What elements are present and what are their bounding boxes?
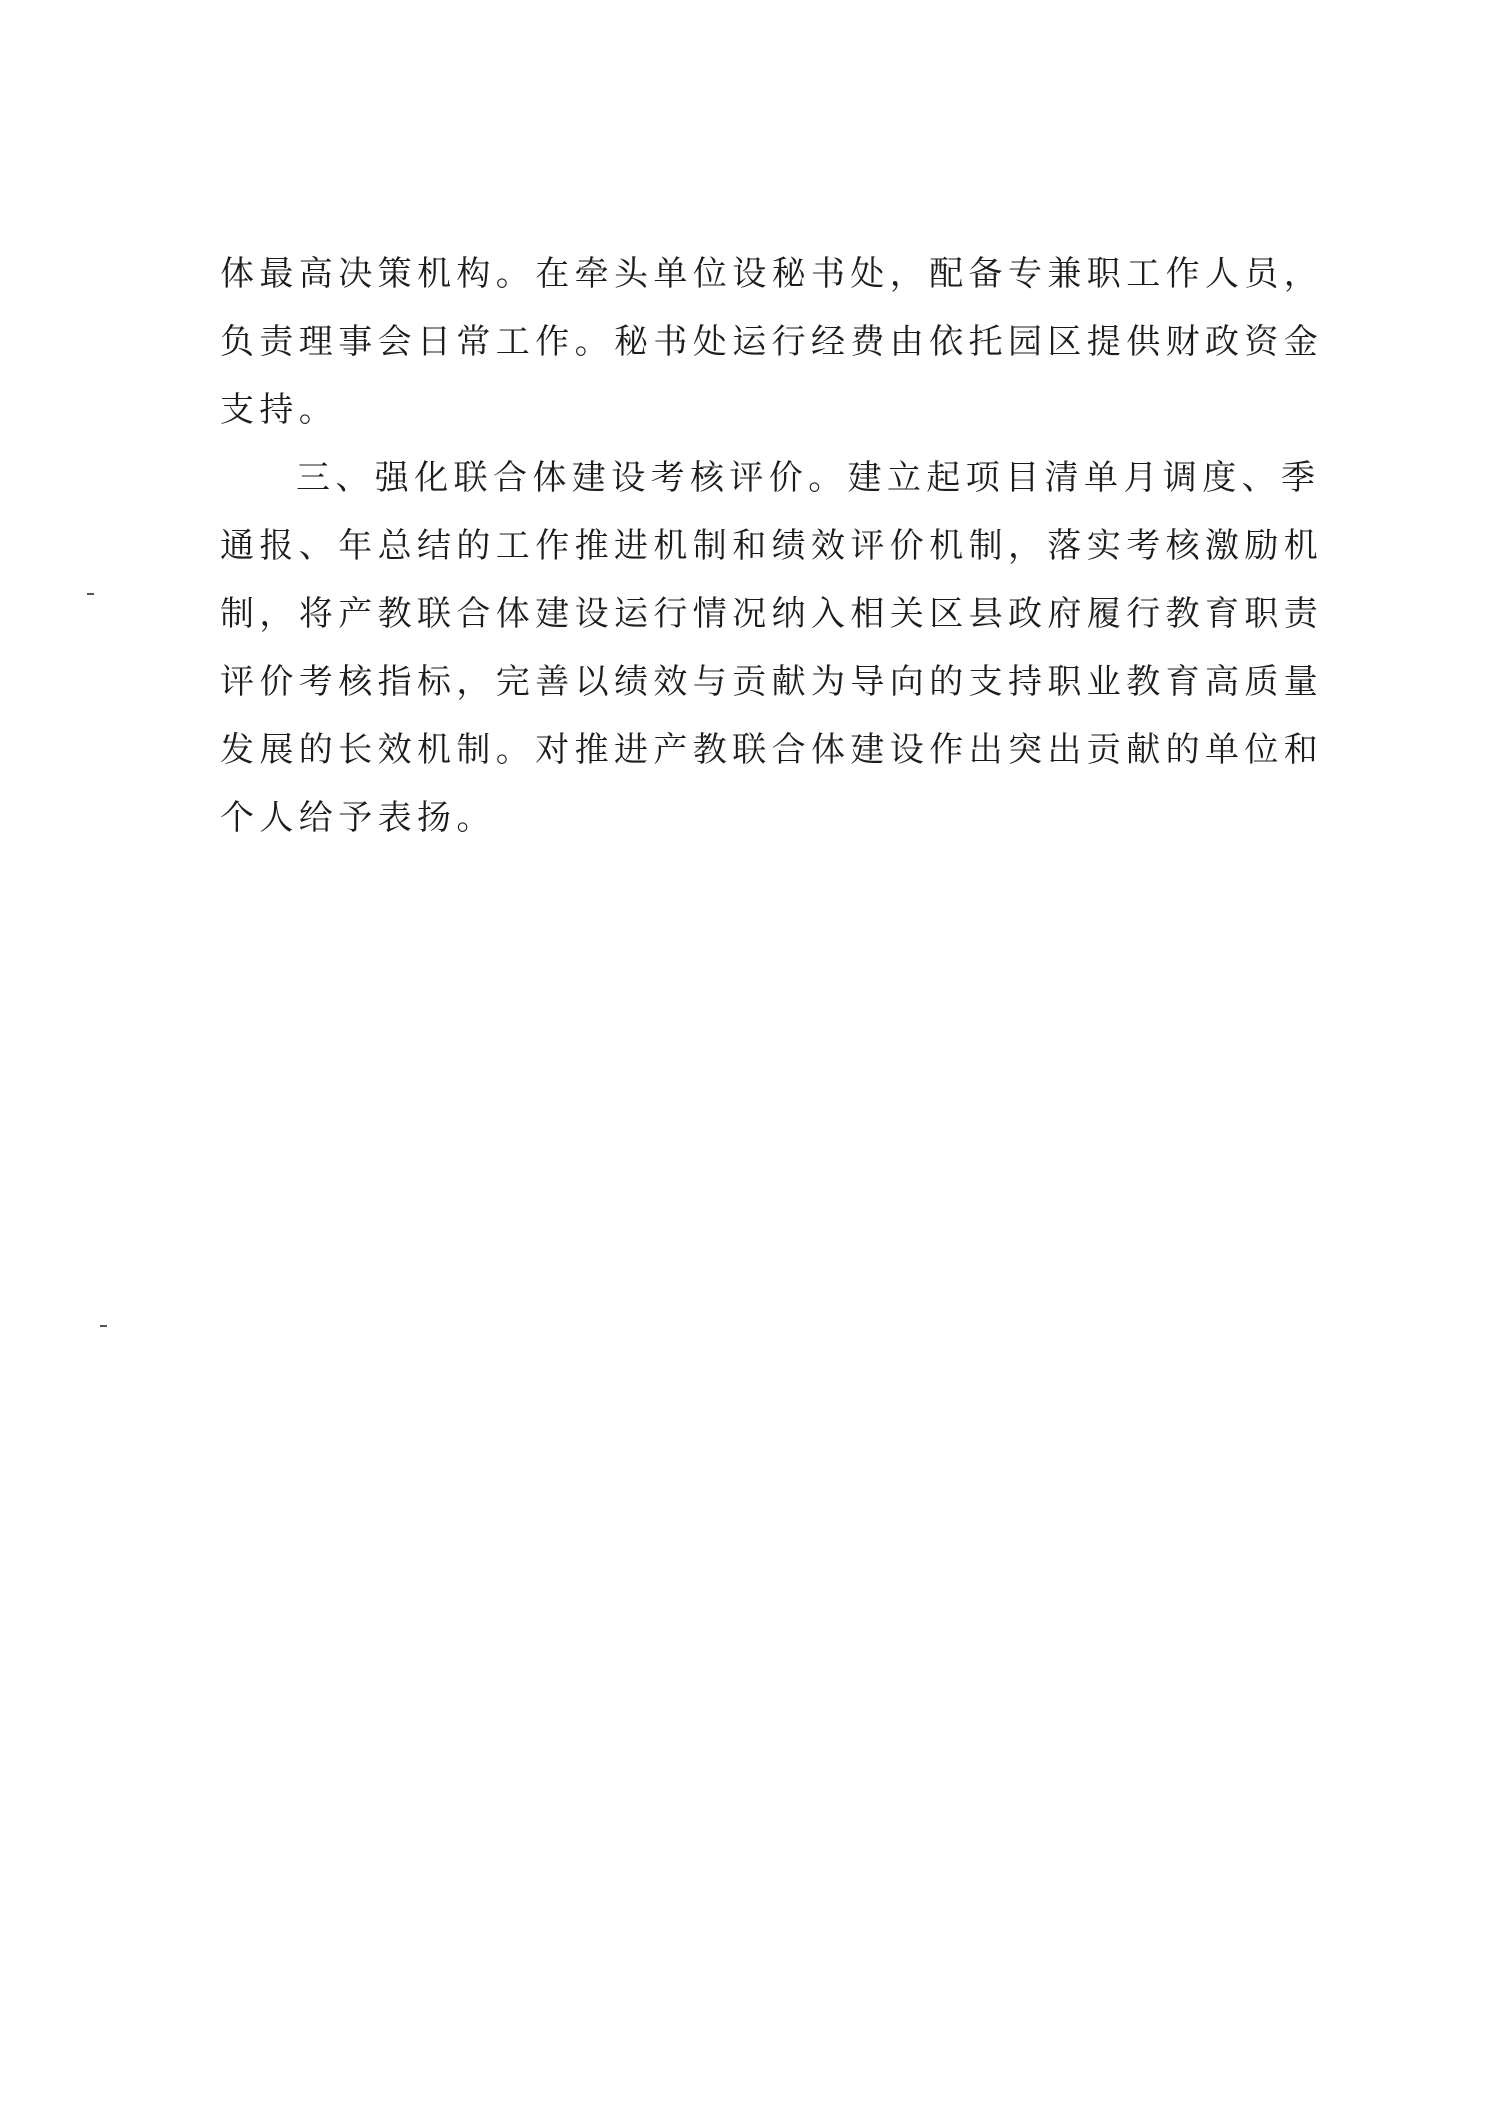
document-body: 体最高决策机构。在牵头单位设秘书处，配备专兼职工作人员， 负责理事会日常工作。秘… [220,240,1260,852]
scan-artifact-mark [100,1325,107,1327]
text-line: 负责理事会日常工作。秘书处运行经费由依托园区提供财政资金 [220,308,1260,376]
text-line: 发展的长效机制。对推进产教联合体建设作出突出贡献的单位和 [220,716,1260,784]
text-line: 支持。 [220,376,1260,444]
section-heading-line: 三、强化联合体建设考核评价。建立起项目清单月调度、季 [220,444,1260,512]
text-line: 评价考核指标，完善以绩效与贡献为导向的支持职业教育高质量 [220,648,1260,716]
paragraph-continuation: 体最高决策机构。在牵头单位设秘书处，配备专兼职工作人员， 负责理事会日常工作。秘… [220,240,1260,444]
paragraph-section-3: 三、强化联合体建设考核评价。建立起项目清单月调度、季 通报、年总结的工作推进机制… [220,444,1260,852]
text-line: 通报、年总结的工作推进机制和绩效评价机制，落实考核激励机 [220,512,1260,580]
text-line: 体最高决策机构。在牵头单位设秘书处，配备专兼职工作人员， [220,240,1260,308]
text-line: 制，将产教联合体建设运行情况纳入相关区县政府履行教育职责 [220,580,1260,648]
text-line: 个人给予表扬。 [220,784,1260,852]
scan-artifact-mark [87,593,94,595]
document-page: 体最高决策机构。在牵头单位设秘书处，配备专兼职工作人员， 负责理事会日常工作。秘… [0,0,1488,2104]
